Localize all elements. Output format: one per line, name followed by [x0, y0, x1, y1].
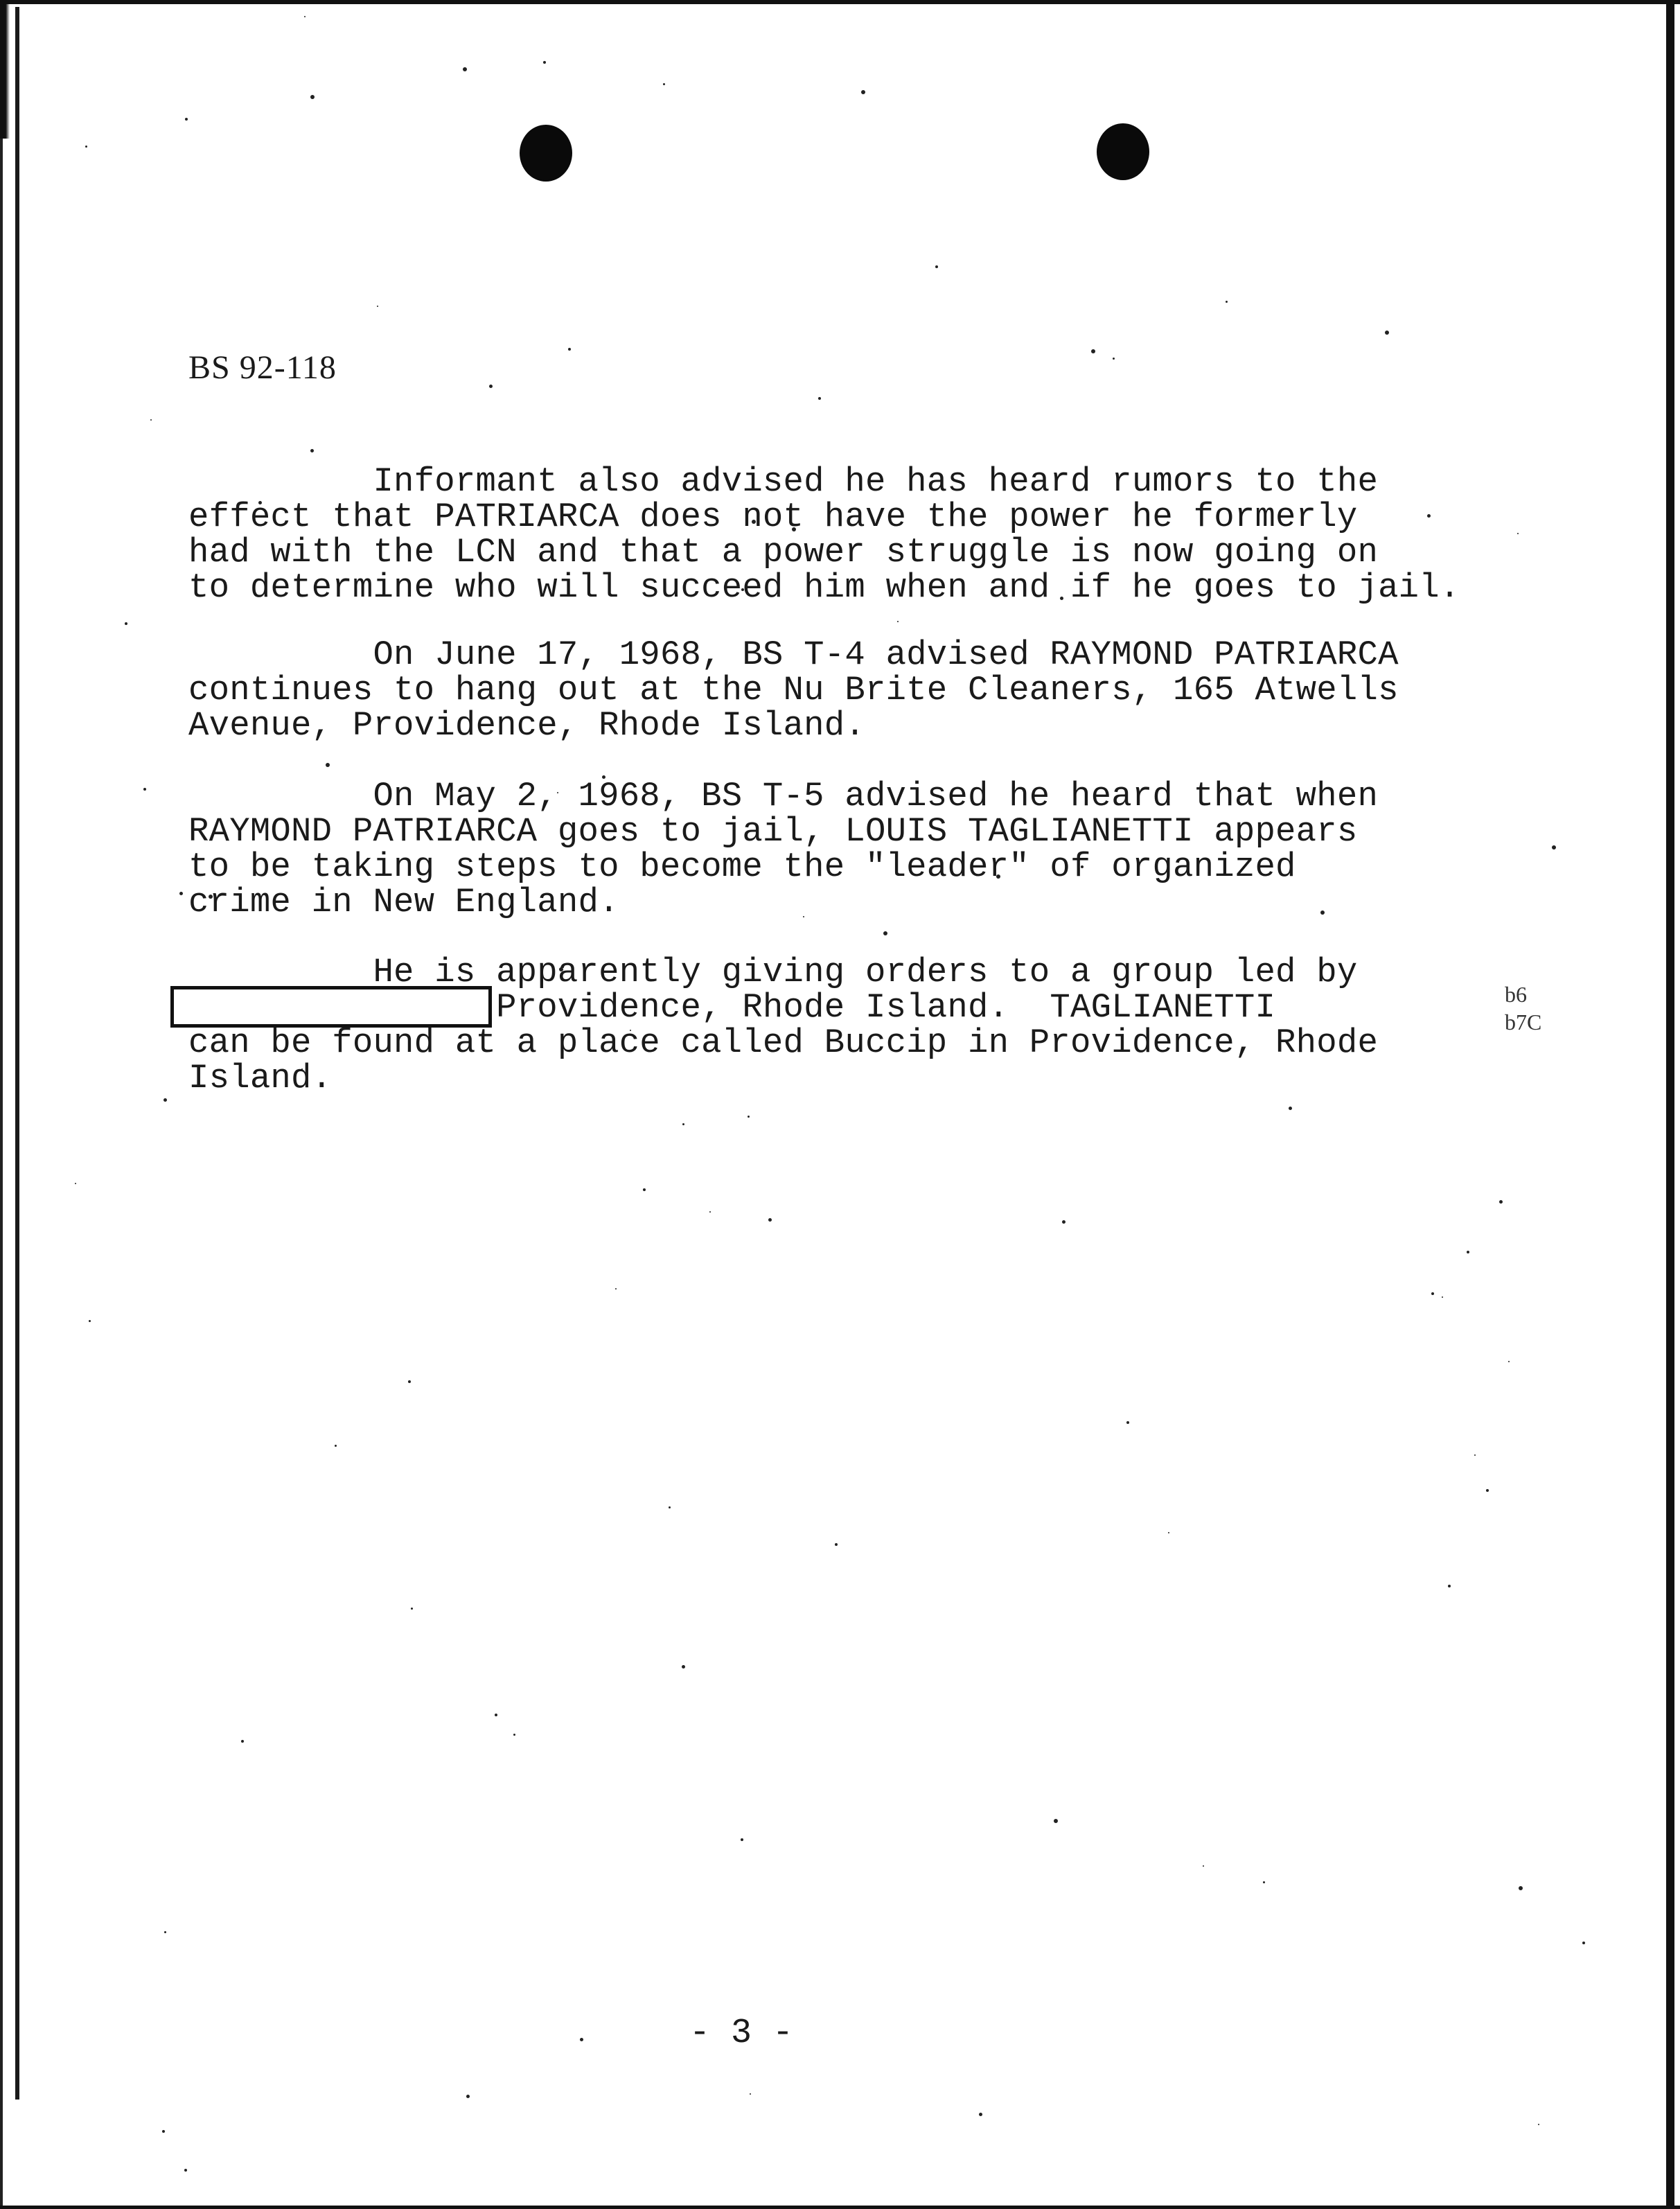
paragraph-2-line-2: continues to hang out at the Nu Brite Cl… [188, 673, 1399, 708]
scan-speck [1113, 358, 1115, 360]
scan-speck [1226, 301, 1228, 303]
scan-speck [1519, 1886, 1523, 1890]
scan-speck [89, 1320, 91, 1322]
scan-speck [184, 2169, 187, 2172]
scan-speck [1168, 1532, 1169, 1533]
scan-speck [335, 1445, 337, 1447]
scan-edge-right [1666, 0, 1674, 2209]
page-margin-line [15, 7, 19, 2100]
scan-speck [377, 306, 378, 307]
scan-speck [1126, 1421, 1129, 1424]
scan-speck [1427, 514, 1431, 518]
scan-speck [150, 419, 152, 421]
scan-speck [643, 1188, 646, 1191]
scan-speck [489, 385, 493, 388]
scan-speck [1431, 1292, 1434, 1295]
scan-speck [125, 622, 127, 625]
scan-speck [75, 1183, 76, 1184]
scan-speck [310, 449, 314, 452]
scan-speck [310, 95, 315, 99]
exemption-code-b6: b6 [1505, 980, 1527, 1008]
scan-speck [1552, 845, 1556, 850]
scan-edge-shadow [0, 0, 10, 139]
scan-speck [1538, 2124, 1539, 2125]
scan-speck [241, 1740, 244, 1743]
scan-edge-left [0, 139, 3, 2209]
paragraph-2-line-3: Avenue, Providence, Rhode Island. [188, 708, 865, 743]
scan-speck [179, 892, 183, 895]
scan-speck [1442, 1296, 1443, 1298]
scan-speck [463, 67, 467, 71]
scan-speck [615, 1288, 617, 1290]
scan-speck [1474, 1454, 1476, 1456]
paragraph-3-line-2: RAYMOND PATRIARCA goes to jail, LOUIS TA… [188, 814, 1357, 850]
scan-speck [1467, 1251, 1469, 1253]
scan-speck [883, 931, 887, 935]
scan-speck [979, 2113, 982, 2116]
scan-speck [1582, 1942, 1585, 1944]
scan-speck [304, 16, 306, 17]
scan-speck [411, 1608, 413, 1610]
scan-speck [1499, 1200, 1503, 1204]
paragraph-4-line-4: Island. [188, 1061, 332, 1096]
exemption-code-b7c: b7C [1505, 1008, 1541, 1036]
scan-speck [568, 348, 571, 351]
scan-speck [164, 1931, 166, 1933]
document-page: BS 92-118 Informant also advised he has … [0, 0, 1680, 2209]
scan-speck [185, 118, 188, 121]
scan-speck [861, 90, 865, 94]
scan-speck [163, 1098, 167, 1102]
scan-speck [143, 788, 146, 791]
scan-speck [682, 1665, 685, 1669]
scan-speck [1203, 1865, 1204, 1867]
scan-speck [1054, 1819, 1058, 1823]
scan-edge-top [0, 0, 1680, 4]
scan-speck [663, 83, 665, 85]
scan-speck [818, 397, 821, 400]
scan-speck [1385, 331, 1389, 335]
scan-speck [326, 763, 330, 767]
punch-hole-left [520, 125, 572, 182]
paragraph-3-line-1: On May 2, 1968, BS T-5 advised he heard … [188, 779, 1378, 814]
paragraph-3-line-3: to be taking steps to become the "leader… [188, 850, 1296, 885]
page-number: - 3 - [689, 2013, 793, 2054]
scan-speck [1320, 910, 1325, 915]
scan-speck [1508, 1361, 1510, 1362]
scan-speck [495, 1714, 497, 1716]
scan-speck [669, 1506, 671, 1508]
scan-speck [1263, 1881, 1265, 1883]
paragraph-1-line-1: Informant also advised he has heard rumo… [188, 464, 1378, 500]
scan-speck [709, 1211, 711, 1213]
paragraph-4-line-3: can be found at a place called Buccip in… [188, 1026, 1378, 1061]
paragraph-1-line-2: effect that PATRIARCA does not have the … [188, 500, 1357, 535]
scan-speck [1091, 349, 1095, 353]
scan-speck [466, 2095, 470, 2098]
file-number: BS 92-118 [188, 350, 337, 385]
scan-speck [162, 2130, 165, 2133]
paragraph-1-line-4: to determine who will succeed him when a… [188, 570, 1460, 606]
redaction-box [170, 986, 492, 1028]
scan-speck [768, 1218, 772, 1222]
scan-speck [835, 1543, 838, 1546]
paragraph-2-line-1: On June 17, 1968, BS T-4 advised RAYMOND… [188, 637, 1399, 673]
scan-speck [408, 1380, 411, 1383]
scan-speck [1486, 1489, 1489, 1492]
paragraph-1-line-3: had with the LCN and that a power strugg… [188, 535, 1378, 570]
scan-speck [543, 61, 546, 64]
scan-speck [741, 1838, 743, 1841]
scan-speck [897, 621, 899, 622]
scan-speck [1448, 1585, 1451, 1587]
scan-edge-bottom [0, 2206, 1680, 2209]
scan-speck [1517, 533, 1519, 534]
punch-hole-right [1097, 123, 1149, 180]
scan-speck [750, 2093, 751, 2095]
scan-speck [748, 1116, 750, 1118]
scan-speck [1062, 1220, 1066, 1224]
scan-speck [1289, 1107, 1292, 1110]
paragraph-3-line-4: crime in New England. [188, 885, 619, 920]
scan-speck [935, 265, 938, 268]
scan-speck [580, 2038, 583, 2041]
scan-speck [85, 146, 87, 148]
scan-speck [803, 916, 804, 917]
scan-speck [682, 1123, 684, 1125]
paragraph-4-line-1: He is apparently giving orders to a grou… [188, 955, 1357, 990]
scan-speck [513, 1734, 515, 1736]
